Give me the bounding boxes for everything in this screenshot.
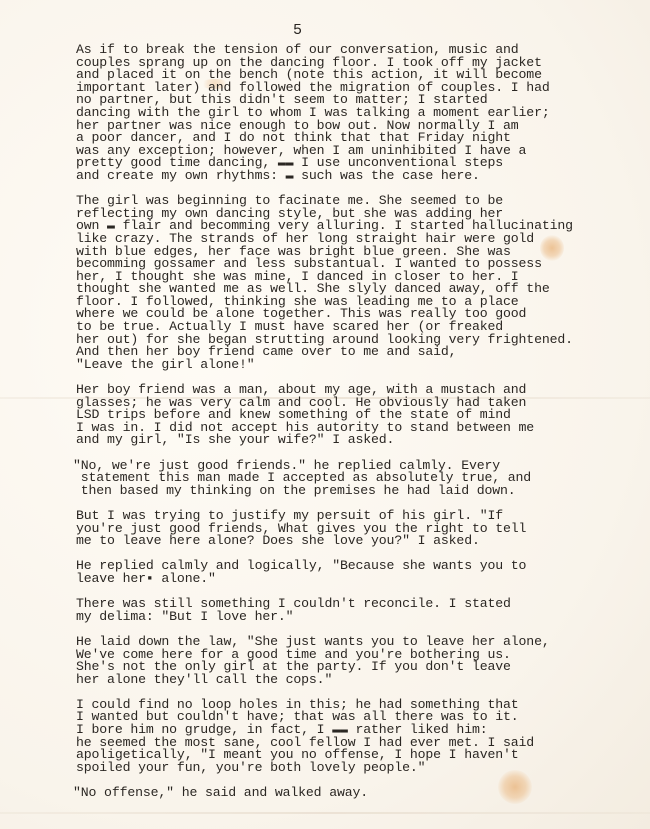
paper-fold-line xyxy=(0,812,650,814)
text-line: and create my own rhythms: ▬ such was th… xyxy=(76,170,646,183)
paragraph: He laid down the law, "She just wants yo… xyxy=(76,636,646,686)
paragraph: "No offense," he said and walked away. xyxy=(73,787,646,800)
text-line: my delima: "But I love her." xyxy=(76,611,646,624)
paragraph: "No, we're just good friends." he replie… xyxy=(73,460,646,498)
text-line: leave her▪ alone." xyxy=(76,573,646,586)
paragraph: Her boy friend was a man, about my age, … xyxy=(76,384,646,447)
document-body: As if to break the tension of our conver… xyxy=(76,44,646,812)
text-line: spoiled your fun, you're both lovely peo… xyxy=(76,762,646,775)
typewritten-page: 5 As if to break the tension of our conv… xyxy=(0,0,650,829)
text-line: me to leave here alone? Does she love yo… xyxy=(76,535,646,548)
paragraph: There was still something I couldn't rec… xyxy=(76,598,646,623)
paragraph: I could find no loop holes in this; he h… xyxy=(76,699,646,775)
paragraph: He replied calmly and logically, "Becaus… xyxy=(76,560,646,585)
page-number: 5 xyxy=(293,22,302,39)
paragraph: But I was trying to justify my persuit o… xyxy=(76,510,646,548)
text-line: "No offense," he said and walked away. xyxy=(73,787,646,800)
text-line: and my girl, "Is she your wife?" I asked… xyxy=(76,434,646,447)
text-line: then based my thinking on the premises h… xyxy=(73,485,646,498)
paragraph: As if to break the tension of our conver… xyxy=(76,44,646,183)
paragraph: The girl was beginning to facinate me. S… xyxy=(76,195,646,371)
text-line: "Leave the girl alone!" xyxy=(76,359,646,372)
text-line: her alone they'll call the cops." xyxy=(76,674,646,687)
